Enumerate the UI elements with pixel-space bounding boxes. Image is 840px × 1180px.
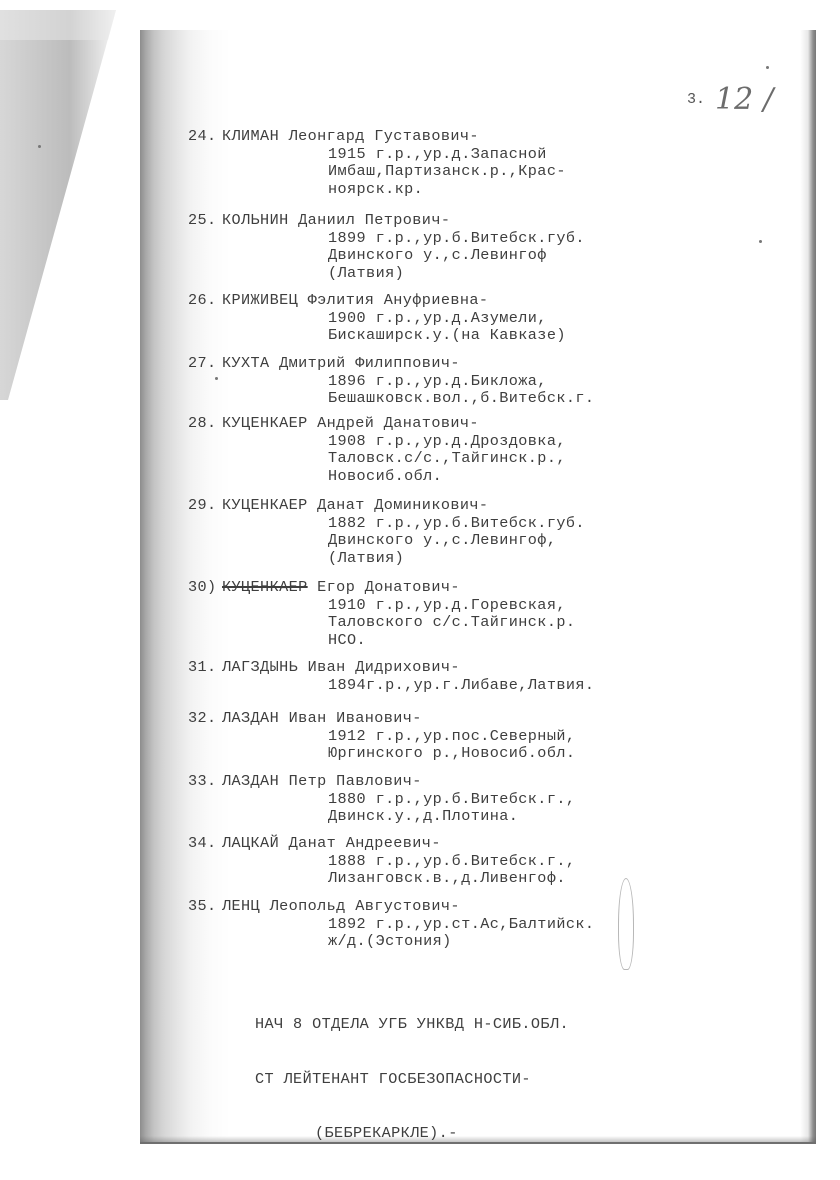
entry-surname: КУЦЕНКАЕР — [222, 496, 308, 514]
entry-detail-line: 1896 г.р.,ур.д.Бикложа, — [328, 372, 594, 389]
entry-number: 30) — [188, 578, 222, 596]
entry-number: 32. — [188, 709, 222, 727]
entry-detail-line: Двинского у.,с.Левингоф — [328, 246, 585, 263]
entry-detail-line: Таловского с/с.Тайгинск.р. — [328, 613, 575, 630]
speck — [766, 66, 769, 69]
entry-number: 27. — [188, 354, 222, 372]
entry-number: 24. — [188, 127, 222, 145]
entry-given-name: Петр Павлович- — [289, 772, 422, 790]
entry-heading: 25.КОЛЬНИН Даниил Петрович- — [188, 211, 450, 229]
entry-detail-line: (Латвия) — [328, 264, 585, 281]
entry-given-name: Леонгард Густавович- — [289, 127, 479, 145]
entry-heading: 28.КУЦЕНКАЕР Андрей Данатович- — [188, 414, 479, 432]
entry-detail-line: Юргинского р.,Новосиб.обл. — [328, 744, 575, 761]
entry-given-name: Фэлития Ануфриевна- — [308, 291, 489, 309]
entry-details: 1896 г.р.,ур.д.Бикложа,Бешашковск.вол.,б… — [328, 372, 594, 407]
entry-details: 1899 г.р.,ур.б.Витебск.губ.Двинского у.,… — [328, 229, 585, 281]
entry-heading: 32.ЛАЗДАН Иван Иванович- — [188, 709, 422, 727]
entry-number: 33. — [188, 772, 222, 790]
entry-detail-line: ноярск.кр. — [328, 180, 566, 197]
entry-surname: ЛАЦКАЙ — [222, 834, 279, 852]
entry-heading: 34.ЛАЦКАЙ Данат Андреевич- — [188, 834, 441, 852]
speck — [759, 240, 762, 243]
entry-given-name: Иван Дидрихович- — [308, 658, 460, 676]
entry-surname: КЛИМАН — [222, 127, 279, 145]
entry-heading: 30)КУЦЕНКАЕР Егор Донатович- — [188, 578, 460, 596]
entry-given-name: Иван Иванович- — [289, 709, 422, 727]
speck — [215, 377, 218, 380]
speck — [38, 145, 41, 148]
entry-detail-line: Лизанговск.в.,д.Ливенгоф. — [328, 869, 575, 886]
handwritten-slash: / — [763, 82, 773, 117]
entry-detail-line: Новосиб.обл. — [328, 467, 566, 484]
entry-detail-line: Двинск.у.,д.Плотина. — [328, 807, 575, 824]
entry-given-name: Данат Андреевич- — [289, 834, 441, 852]
entry-surname: КУЦЕНКАЕР — [222, 414, 308, 432]
entry-number: 29. — [188, 496, 222, 514]
entry-given-name: Егор Донатович- — [317, 578, 460, 596]
entry-detail-line: (Латвия) — [328, 549, 585, 566]
entry-given-name: Даниил Петрович- — [298, 211, 450, 229]
entry-detail-line: НСО. — [328, 631, 575, 648]
entry-detail-line: Бискаширск.у.(на Кавказе) — [328, 326, 566, 343]
entry-detail-line: 1888 г.р.,ур.б.Витебск.г., — [328, 852, 575, 869]
entry-detail-line: 1910 г.р.,ур.д.Горевская, — [328, 596, 575, 613]
entry-details: 1894г.р.,ур.г.Либаве,Латвия. — [328, 676, 594, 693]
entry-given-name: Леопольд Августович- — [270, 897, 460, 915]
entry-surname: КУЦЕНКАЕР — [222, 578, 308, 596]
entry-details: 1912 г.р.,ур.пос.Северный,Юргинского р.,… — [328, 727, 575, 762]
entry-detail-line: ж/д.(Эстония) — [328, 932, 594, 949]
entry-heading: 24.КЛИМАН Леонгард Густавович- — [188, 127, 479, 145]
entry-detail-line: 1899 г.р.,ур.б.Витебск.губ. — [328, 229, 585, 246]
entry-surname: КУХТА — [222, 354, 270, 372]
entry-surname: ЛАЗДАН — [222, 709, 279, 727]
entry-given-name: Данат Доминикович- — [317, 496, 488, 514]
entry-details: 1910 г.р.,ур.д.Горевская,Таловского с/с.… — [328, 596, 575, 648]
entry-surname: ЛАЗДАН — [222, 772, 279, 790]
entry-detail-line: 1912 г.р.,ур.пос.Северный, — [328, 727, 575, 744]
entry-surname: ЛЕНЦ — [222, 897, 260, 915]
signature-line-title: НАЧ 8 ОТДЕЛА УГБ УНКВД Н-СИБ.ОБЛ. — [255, 1015, 569, 1033]
entry-heading: 26.КРИЖИВЕЦ Фэлития Ануфриевна- — [188, 291, 488, 309]
entry-detail-line: Двинского у.,с.Левингоф, — [328, 531, 585, 548]
entry-number: 34. — [188, 834, 222, 852]
sheet-number-handwritten: 12 — [715, 82, 753, 117]
entry-number: 28. — [188, 414, 222, 432]
entry-details: 1892 г.р.,ур.ст.Ас,Балтийск.ж/д.(Эстония… — [328, 915, 594, 950]
entry-details: 1880 г.р.,ур.б.Витебск.г.,Двинск.у.,д.Пл… — [328, 790, 575, 825]
signature-line-name: (БЕБРЕКАРКЛЕ).- — [255, 1124, 569, 1142]
entry-detail-line: 1882 г.р.,ур.б.Витебск.губ. — [328, 514, 585, 531]
entry-number: 26. — [188, 291, 222, 309]
signature-block: НАЧ 8 ОТДЕЛА УГБ УНКВД Н-СИБ.ОБЛ. СТ ЛЕЙ… — [255, 978, 569, 1161]
entry-detail-line: 1880 г.р.,ур.б.Витебск.г., — [328, 790, 575, 807]
entry-details: 1908 г.р.,ур.д.Дроздовка,Таловск.с/с.,Та… — [328, 432, 566, 484]
sheet-number: 3.12/ — [687, 76, 773, 111]
entry-detail-line: 1915 г.р.,ур.д.Запасной — [328, 145, 566, 162]
entry-surname: КРИЖИВЕЦ — [222, 291, 298, 309]
entry-details: 1915 г.р.,ур.д.ЗапаснойИмбаш,Партизанск.… — [328, 145, 566, 197]
entry-details: 1900 г.р.,ур.д.Азумели,Бискаширск.у.(на … — [328, 309, 566, 344]
entry-heading: 27.КУХТА Дмитрий Филиппович- — [188, 354, 460, 372]
entry-details: 1888 г.р.,ур.б.Витебск.г.,Лизанговск.в.,… — [328, 852, 575, 887]
entry-detail-line: 1900 г.р.,ур.д.Азумели, — [328, 309, 566, 326]
signature-line-rank: СТ ЛЕЙТЕНАНТ ГОСБЕЗОПАСНОСТИ- — [255, 1070, 569, 1088]
entry-detail-line: Имбаш,Партизанск.р.,Крас- — [328, 162, 566, 179]
entry-surname: ЛАГЗДЫНЬ — [222, 658, 298, 676]
entry-number: 25. — [188, 211, 222, 229]
entry-details: 1882 г.р.,ур.б.Витебск.губ.Двинского у.,… — [328, 514, 585, 566]
entry-heading: 33.ЛАЗДАН Петр Павлович- — [188, 772, 422, 790]
entry-number: 35. — [188, 897, 222, 915]
entry-given-name: Андрей Данатович- — [317, 414, 479, 432]
entry-given-name: Дмитрий Филиппович- — [279, 354, 460, 372]
entry-detail-line: Таловск.с/с.,Тайгинск.р., — [328, 449, 566, 466]
entry-heading: 35.ЛЕНЦ Леопольд Августович- — [188, 897, 460, 915]
entry-number: 31. — [188, 658, 222, 676]
sheet-number-printed: 3. — [687, 91, 705, 108]
entry-heading: 29.КУЦЕНКАЕР Данат Доминикович- — [188, 496, 488, 514]
entry-heading: 31.ЛАГЗДЫНЬ Иван Дидрихович- — [188, 658, 460, 676]
entry-detail-line: 1894г.р.,ур.г.Либаве,Латвия. — [328, 676, 594, 693]
entry-detail-line: 1892 г.р.,ур.ст.Ас,Балтийск. — [328, 915, 594, 932]
entry-surname: КОЛЬНИН — [222, 211, 289, 229]
entry-detail-line: 1908 г.р.,ур.д.Дроздовка, — [328, 432, 566, 449]
entry-detail-line: Бешашковск.вол.,б.Витебск.г. — [328, 389, 594, 406]
pencil-mark — [618, 878, 634, 970]
